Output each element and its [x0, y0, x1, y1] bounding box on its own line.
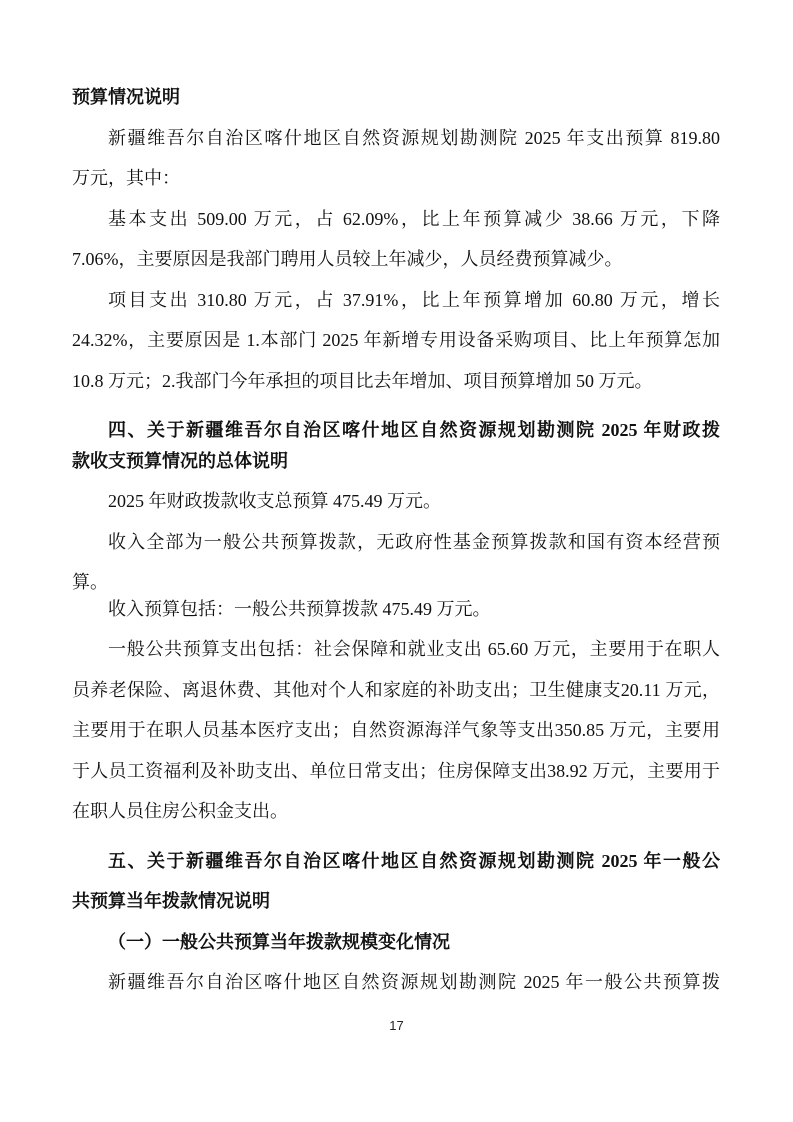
- doc-heading-budget-note: 预算情况说明: [72, 77, 720, 118]
- para-income-budget: 收入预算包括：一般公共预算拨款 475.49 万元。: [72, 589, 720, 630]
- para-total-expenditure-line-1: 新疆维吾尔自治区喀什地区自然资源规划勘测院 2025 年支出预算 819.80: [72, 118, 720, 159]
- para-expenditure-detail-line-3: 主要用于在职人员基本医疗支出；自然资源海洋气象等支出350.85 万元，主要用: [72, 710, 720, 751]
- para-expenditure-detail-line-1: 一般公共预算支出包括：社会保障和就业支出 65.60 万元，主要用于在职人: [72, 629, 720, 670]
- document-page: 预算情况说明 新疆维吾尔自治区喀什地区自然资源规划勘测院 2025 年支出预算 …: [0, 0, 793, 1122]
- para-income-source-line-1: 收入全部为一般公共预算拨款，无政府性基金预算拨款和国有资本经营预: [72, 522, 720, 563]
- para-expenditure-detail-line-4: 于人员工资福利及补助支出、单位日常支出；住房保障支出38.92 万元，主要用于: [72, 751, 720, 792]
- para-project-expenditure-line-1: 项目支出 310.80 万元，占 37.91%，比上年预算增加 60.80 万元…: [72, 280, 720, 321]
- para-expenditure-detail-line-5: 在职人员住房公积金支出。: [72, 791, 720, 832]
- para-fiscal-total-budget: 2025 年财政拨款收支总预算 475.49 万元。: [72, 481, 720, 522]
- document-body: 预算情况说明 新疆维吾尔自治区喀什地区自然资源规划勘测院 2025 年支出预算 …: [72, 77, 720, 1003]
- para-project-expenditure-line-2: 24.32%，主要原因是 1.本部门 2025 年新增专用设备采购项目、比上年预…: [72, 320, 720, 361]
- heading-section-5-line-1: 五、关于新疆维吾尔自治区喀什地区自然资源规划勘测院 2025 年一般公: [72, 841, 720, 882]
- para-total-expenditure-line-2: 万元，其中：: [72, 158, 720, 199]
- para-project-expenditure-line-3: 10.8 万元；2.我部门今年承担的项目比去年增加、项目预算增加 50 万元。: [72, 361, 720, 402]
- heading-subsection-1: （一）一般公共预算当年拨款规模变化情况: [72, 922, 720, 963]
- page-number: 17: [0, 1018, 793, 1033]
- para-basic-expenditure-line-1: 基本支出 509.00 万元，占 62.09%，比上年预算减少 38.66 万元…: [72, 199, 720, 240]
- para-basic-expenditure-line-2: 7.06%，主要原因是我部门聘用人员较上年减少，人员经费预算减少。: [72, 239, 720, 280]
- heading-section-5-line-2: 共预算当年拨款情况说明: [72, 881, 720, 922]
- para-expenditure-detail-line-2: 员养老保险、离退休费、其他对个人和家庭的补助支出；卫生健康支20.11 万元，: [72, 670, 720, 711]
- para-general-budget-line-1: 新疆维吾尔自治区喀什地区自然资源规划勘测院 2025 年一般公共预算拨: [72, 962, 720, 1003]
